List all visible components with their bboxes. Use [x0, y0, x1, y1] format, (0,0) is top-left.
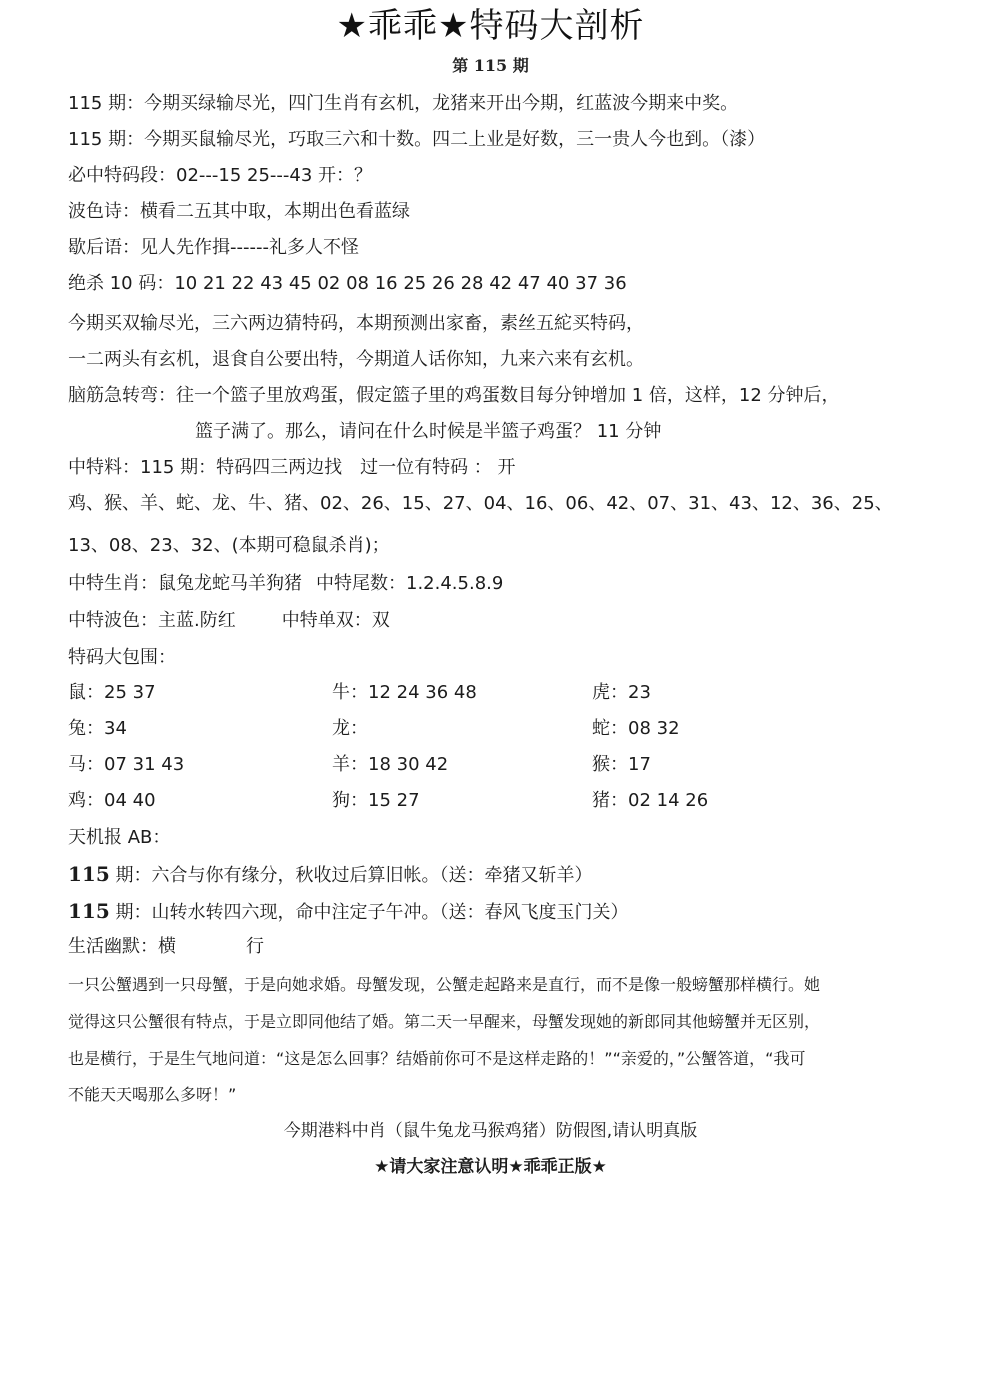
- package-cell: 羊：18 30 42: [332, 753, 448, 777]
- package-cell: 兔：34: [68, 717, 127, 741]
- special-tail: 中特尾数：1.2.4.5.8.9: [316, 573, 503, 594]
- xiehouyu-line: 歇后语：见人先作揖------礼多人不怪: [68, 236, 359, 260]
- tianji-title: 天机报 AB：: [68, 826, 170, 850]
- footer-brand: ★请大家注意认明★乖乖正版★: [0, 1155, 981, 1179]
- special-code-range: 必中特码段：02---15 25---43 开：？: [68, 164, 372, 188]
- package-cell: 鸡：04 40: [68, 789, 156, 813]
- poem-line-4: 一二两头有玄机，退食自公要出特，今期道人话你知，九来六来有玄机。: [68, 348, 644, 372]
- special-zodiac: 中特生肖：鼠兔龙蛇马羊狗猪: [68, 573, 302, 594]
- special-color: 中特波色：主蓝.防红: [68, 610, 236, 631]
- specials-row-2: 中特波色：主蓝.防红中特单双：双: [68, 609, 390, 633]
- special-oddeven: 中特单双：双: [282, 610, 390, 631]
- humor-paragraph-1: 一只公蟹遇到一只母蟹，于是向她求婚。母蟹发现，公蟹走起路来是直行，而不是像一般螃…: [68, 974, 820, 996]
- package-cell: 龙：: [332, 717, 368, 741]
- humor-title: 生活幽默：横行: [68, 935, 264, 959]
- specials-row-1: 中特生肖：鼠兔龙蛇马羊狗猪中特尾数：1.2.4.5.8.9: [68, 572, 503, 596]
- page-title: ★乖乖★特码大剖析: [0, 4, 981, 48]
- package-cell: 鼠：25 37: [68, 681, 156, 705]
- humor-paragraph-3: 也是横行，于是生气地问道：“这是怎么回事？结婚前你可不是这样走路的！”“亲爱的，…: [68, 1048, 805, 1070]
- poem-line-1: 115 期：今期买绿输尽光，四门生肖有玄机，龙猪来开出今期，红蓝波今期来中奖。: [68, 92, 738, 116]
- poem-line-3: 今期买双输尽光，三六两边猜特码，本期预测出家畜，素丝五紽买特码，: [68, 312, 644, 336]
- tianji-a: 115 期：六合与你有缘分，秋收过后算旧帐。（送：牵猪又斩羊）: [68, 862, 592, 888]
- kill-ten-codes: 绝杀 10 码：10 21 22 43 45 02 08 16 25 26 28…: [68, 272, 627, 296]
- wave-color-poem: 波色诗：横看二五其中取，本期出色看蓝绿: [68, 200, 410, 224]
- package-cell: 猴：17: [592, 753, 651, 777]
- package-title: 特码大包围：: [68, 646, 176, 670]
- riddle-line-1: 脑筋急转弯：往一个篮子里放鸡蛋，假定篮子里的鸡蛋数目每分钟增加 1 倍，这样，1…: [68, 384, 840, 408]
- package-cell: 猪：02 14 26: [592, 789, 708, 813]
- number-list-2: 13、08、23、32、(本期可稳鼠杀肖)；: [68, 534, 390, 558]
- package-cell: 狗：15 27: [332, 789, 420, 813]
- special-material: 中特料：115 期：特码四三两边找 过一位有特码 ： 开: [68, 456, 516, 480]
- footer-notice: 今期港料中肖（鼠牛兔龙马猴鸡猪）防假图,请认明真版: [0, 1119, 981, 1143]
- riddle-line-2: 篮子满了。那么，请问在什么时候是半篮子鸡蛋？ 11 分钟: [195, 420, 661, 444]
- issue-number: 第 115 期: [0, 56, 981, 76]
- document-page: ★乖乖★特码大剖析 第 115 期 115 期：今期买绿输尽光，四门生肖有玄机，…: [0, 0, 981, 1388]
- tianji-b: 115 期：山转水转四六现，命中注定子午冲。（送：春风飞度玉门关）: [68, 899, 628, 925]
- humor-paragraph-2: 觉得这只公蟹很有特点，于是立即同他结了婚。第二天一早醒来，母蟹发现她的新郎同其他…: [68, 1011, 820, 1033]
- package-cell: 牛：12 24 36 48: [332, 681, 477, 705]
- humor-paragraph-4: 不能天天喝那么多呀！”: [68, 1084, 236, 1106]
- package-cell: 蛇：08 32: [592, 717, 680, 741]
- package-cell: 马：07 31 43: [68, 753, 184, 777]
- poem-line-2: 115 期：今期买鼠输尽光，巧取三六和十数。四二上业是好数，三一贵人今也到。（漆…: [68, 128, 765, 152]
- number-list-1: 鸡、猴、羊、蛇、龙、牛、猪、02、26、15、27、04、16、06、42、07…: [68, 492, 893, 516]
- package-cell: 虎：23: [592, 681, 651, 705]
